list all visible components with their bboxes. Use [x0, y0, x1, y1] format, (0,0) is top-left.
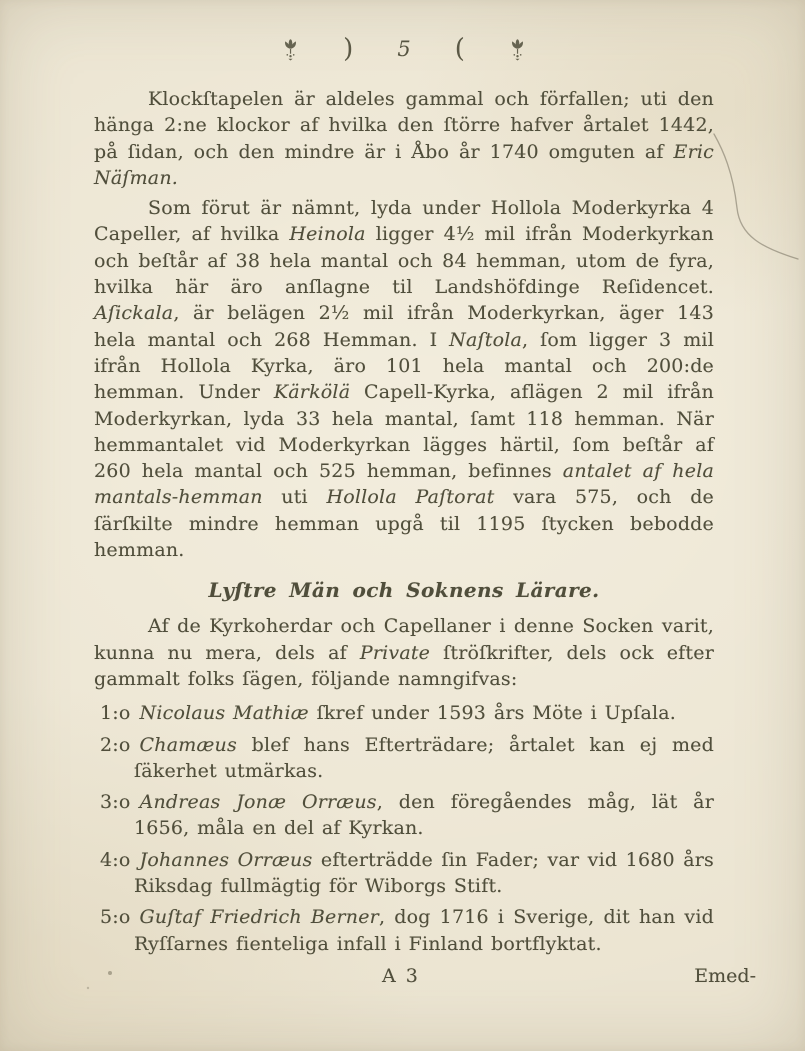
vicar-list-item-1: 1:oNicolaus Mathiæ ſkref under 1593 års …: [100, 700, 714, 726]
vicar-item-text: Chamæus blef hans Efterträdare; årtalet …: [134, 734, 714, 782]
vicar-item-number: 3:o: [100, 791, 131, 813]
page-number-close-bracket: (: [455, 36, 465, 62]
page-footer: A 3 Emed-: [94, 963, 714, 991]
vicar-list: 1:oNicolaus Mathiæ ſkref under 1593 års …: [100, 700, 714, 957]
paragraph-vicars-intro: Af de Kyrkoherdar och Capellaner i denne…: [94, 613, 714, 692]
vicar-item-text: Guſtaf Friedrich Berner, dog 1716 i Sver…: [134, 906, 714, 954]
vicar-item-number: 5:o: [100, 906, 131, 928]
vicar-item-number: 4:o: [100, 849, 131, 871]
vicar-list-item-4: 4:oJohannes Orræus efterträdde ſin Fader…: [100, 847, 714, 900]
document-page: ) 5 ( Klockſtapelen är aldeles gammal oc…: [0, 0, 805, 1051]
catchword: Emed-: [694, 963, 756, 989]
text-block: Klockſtapelen är aldeles gammal och förf…: [94, 86, 714, 991]
paragraph-chapels: Som förut är nämnt, lyda under Hollola M…: [94, 195, 714, 563]
hairline-crease-mark: [714, 134, 798, 259]
section-heading: Lyſtre Män och Soknens Lärare.: [94, 577, 714, 603]
vicar-item-text: Andreas Jonæ Orræus, den föregåendes måg…: [134, 791, 714, 839]
paper-speck: [87, 987, 89, 989]
vicar-item-number: 1:o: [100, 702, 131, 724]
vicar-list-item-3: 3:oAndreas Jonæ Orræus, den föregåendes …: [100, 789, 714, 842]
signature-mark: A 3: [382, 963, 420, 989]
page-number-open-bracket: ): [343, 36, 353, 62]
page-header: ) 5 (: [94, 26, 714, 72]
vicar-item-number: 2:o: [100, 734, 131, 756]
paragraph-bell-tower: Klockſtapelen är aldeles gammal och förf…: [94, 86, 714, 191]
vicar-list-item-5: 5:oGuſtaf Friedrich Berner, dog 1716 i S…: [100, 904, 714, 957]
vicar-list-item-2: 2:oChamæus blef hans Efterträdare; årtal…: [100, 732, 714, 785]
fleuron-left-icon: [282, 38, 299, 61]
fleuron-right-icon: [509, 38, 526, 61]
vicar-item-text: Johannes Orræus efterträdde ſin Fader; v…: [134, 849, 714, 897]
page-number: 5: [397, 39, 410, 60]
vicar-item-text: Nicolaus Mathiæ ſkref under 1593 års Möt…: [140, 702, 677, 724]
